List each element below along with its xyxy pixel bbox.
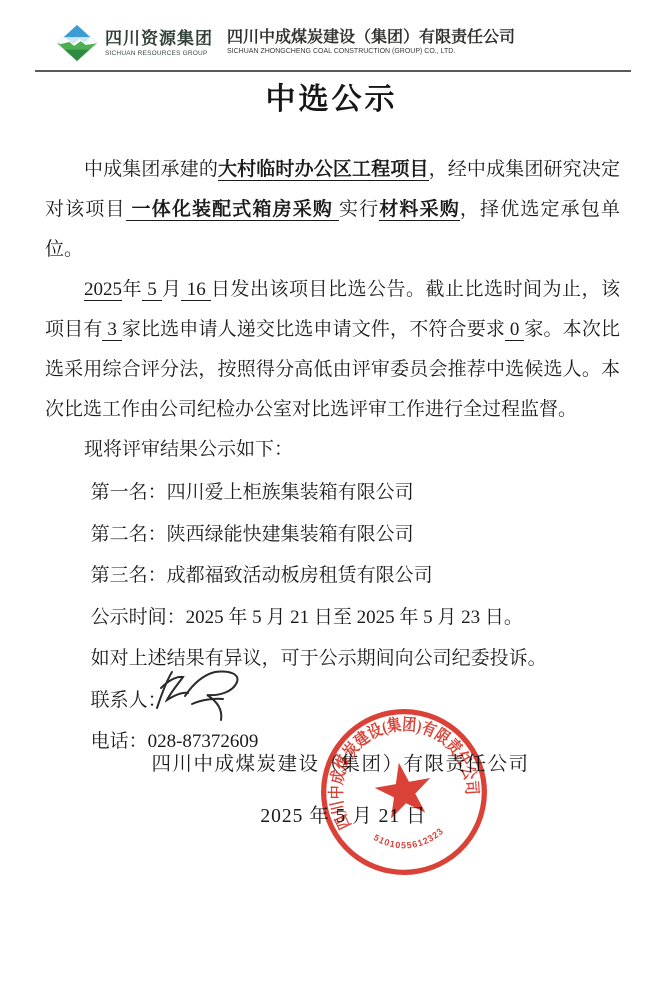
page-title: 中选公示 (0, 74, 663, 118)
group-name: 四川资源集团 (105, 24, 213, 49)
handwritten-signature (145, 662, 255, 724)
publicity-period-line: 公示时间：2025 年 5 月 21 日至 2025 年 5 月 23 日。 (45, 597, 620, 639)
group-name-en: SICHUAN RESOURCES GROUP (105, 50, 213, 57)
text-run: 实行 (339, 199, 379, 220)
text-run: 年 (122, 279, 142, 300)
text-run: 中成集团承建的 (84, 159, 218, 180)
winner-company: 四川爱上柜族集装箱有限公司 (167, 482, 414, 503)
company-seal: 四川中成煤炭建设(集团)有限责任公司 5101055612323 (316, 700, 492, 884)
procurement-type-underlined: 材料采购 (379, 199, 460, 221)
project-name-underlined: 大村临时办公区工程项目 (218, 159, 429, 181)
group-name-block: 四川资源集团 SICHUAN RESOURCES GROUP (105, 24, 213, 57)
month-blank: 5 (142, 279, 162, 301)
rejected-count-blank: 0 (505, 319, 524, 341)
winner-company: 成都福致活动板房租赁有限公司 (167, 565, 433, 586)
applicant-count-blank: 3 (102, 319, 121, 341)
text-run: 月 (162, 279, 182, 300)
rank-label: 第一名： (91, 482, 167, 503)
group-logo-icon (55, 24, 99, 62)
letterhead-divider (35, 70, 631, 72)
rank-label: 第二名： (91, 524, 167, 545)
document-body: 中成集团承建的大村临时办公区工程项目，经中成集团研究决定对该项目 一体化装配式箱… (45, 150, 620, 763)
letterhead-row: 四川资源集团 SICHUAN RESOURCES GROUP 四川中成煤炭建设（… (35, 24, 631, 62)
winner-company: 陕西绿能快建集装箱有限公司 (167, 524, 414, 545)
objection-line: 如对上述结果有异议，可于公示期间向公司纪委投诉。 (45, 638, 620, 680)
result-row-3: 第三名：成都福致活动板房租赁有限公司 (45, 555, 620, 597)
company-name-block: 四川中成煤炭建设（集团）有限责任公司 SICHUAN ZHONGCHENG CO… (227, 24, 515, 55)
company-name-en: SICHUAN ZHONGCHENG COAL CONSTRUCTION (GR… (227, 48, 515, 55)
procurement-name-underlined: 一体化装配式箱房采购 (126, 199, 339, 221)
paragraph-intro: 中成集团承建的大村临时办公区工程项目，经中成集团研究决定对该项目 一体化装配式箱… (45, 150, 620, 270)
result-row-1: 第一名：四川爱上柜族集装箱有限公司 (45, 472, 620, 514)
text-run: 家比选申请人递交比选申请文件，不符合要求 (122, 319, 505, 340)
paragraph-process: 2025年 5 月 16 日发出该项目比选公告。截止比选时间为止，该项目有 3 … (45, 270, 620, 430)
year-blank: 2025 (84, 279, 122, 301)
paragraph-results-lead: 现将评审结果公示如下： (45, 430, 620, 470)
company-name: 四川中成煤炭建设（集团）有限责任公司 (227, 24, 515, 47)
svg-text:5101055612323: 5101055612323 (371, 820, 448, 856)
letterhead: 四川资源集团 SICHUAN RESOURCES GROUP 四川中成煤炭建设（… (35, 24, 631, 72)
seal-star-icon (371, 758, 436, 821)
day-blank: 16 (181, 279, 211, 301)
seal-number: 5101055612323 (371, 820, 448, 856)
document-page: 四川资源集团 SICHUAN RESOURCES GROUP 四川中成煤炭建设（… (0, 0, 663, 1001)
rank-label: 第三名： (91, 565, 167, 586)
result-row-2: 第二名：陕西绿能快建集装箱有限公司 (45, 514, 620, 556)
